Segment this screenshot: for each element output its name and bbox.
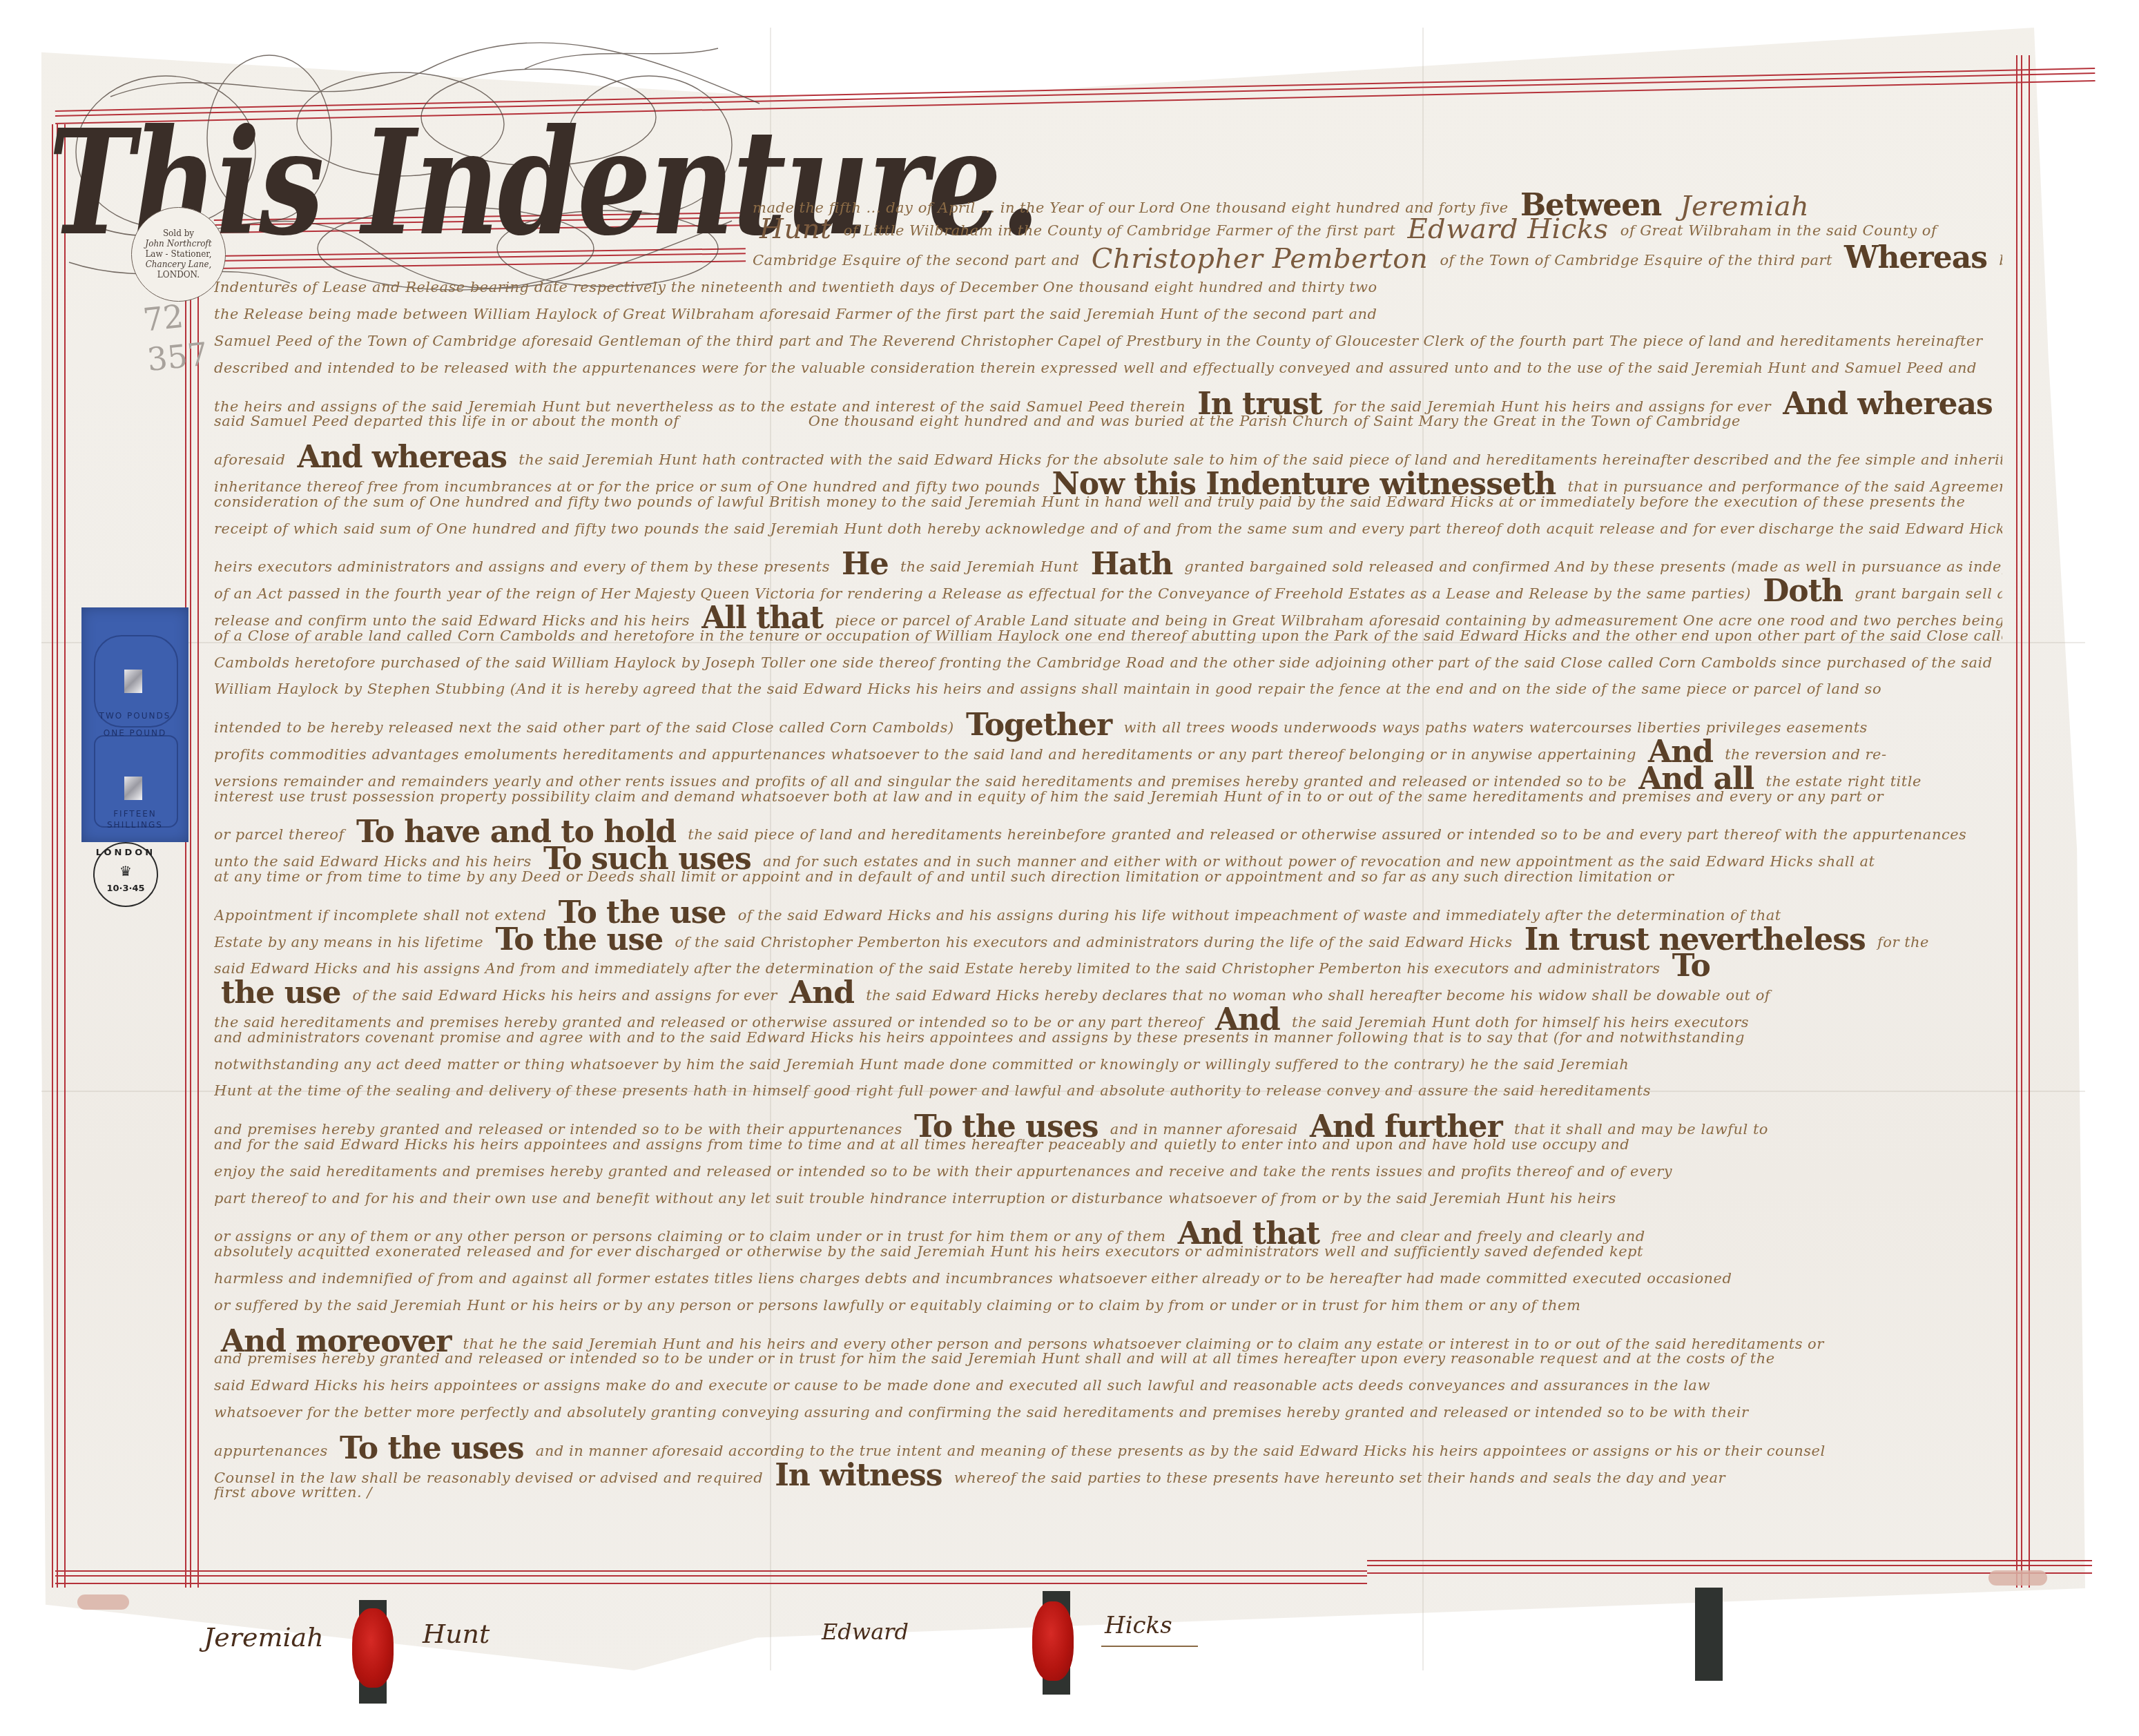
indenture-line: first above written. /	[214, 1484, 2002, 1501]
engrossed-heading: Whereas	[1844, 240, 1987, 275]
parchment-tab	[77, 1594, 129, 1610]
clause-text: and was buried at the Parish Church of S…	[1067, 413, 1741, 429]
stamp-value: FIFTEEN	[81, 809, 188, 819]
indenture-line: Cambolds heretofore purchased of the sai…	[214, 654, 2002, 671]
stationer-label: Sold by John Northcroft Law - Stationer,…	[131, 207, 226, 302]
stamp-value: TWO POUNDS	[81, 711, 188, 721]
clause-text: absolutely acquitted exonerated released…	[214, 1243, 1643, 1260]
clause-text: the estate right title	[1766, 773, 1922, 790]
indenture-line: Samuel Peed of the Town of Cambridge afo…	[214, 333, 2002, 349]
clause-text: enjoy the said hereditaments and premise…	[214, 1163, 1672, 1180]
clause-text: piece or parcel of Arable Land situate a…	[835, 612, 2002, 629]
clause-text: the heirs and assigns of the said Jeremi…	[214, 398, 1185, 415]
clause-text: of a Close of arable land called Corn Ca…	[214, 627, 2002, 644]
clause-text: inheritance thereof free from incumbranc…	[214, 478, 1040, 495]
clause-text: versions remainder and remainders yearly…	[214, 773, 1627, 790]
signature-given-name: Jeremiah	[204, 1622, 324, 1652]
clause-text: Hunt at the time of the sealing and deli…	[214, 1082, 1651, 1099]
indenture-line: harmless and indemnified of from and aga…	[214, 1270, 2002, 1287]
indenture-line: or suffered by the said Jeremiah Hunt or…	[214, 1297, 2002, 1314]
indenture-line: notwithstanding any act deed matter or t…	[214, 1056, 2002, 1073]
clause-text: and premises hereby granted and released…	[214, 1350, 1775, 1367]
clause-text: with all trees woods underwoods ways pat…	[1123, 719, 1867, 736]
clause-text: whatsoever for the better more perfectly…	[214, 1404, 1748, 1421]
clause-text: said Edward Hicks and his assigns And fr…	[214, 960, 1661, 977]
seal-ribbon-empty	[1695, 1588, 1723, 1681]
signature-family-name: Hicks	[1105, 1612, 1172, 1639]
clause-text: the reversion and re-	[1725, 746, 1886, 763]
indenture-line: and for the said Edward Hicks his heirs …	[214, 1136, 2002, 1153]
crown-icon: ♛	[95, 863, 157, 879]
stationer-line: LONDON.	[157, 270, 200, 280]
clause-text: of the said Edward Hicks and his assigns…	[738, 907, 1781, 924]
indenture-line: and administrators covenant promise and …	[214, 1029, 2002, 1046]
clause-text: or suffered by the said Jeremiah Hunt or…	[214, 1297, 1580, 1314]
clause-text: of Great Wilbraham in the said County of	[1620, 222, 1937, 239]
clause-text: whereof the said parties to these presen…	[954, 1470, 1725, 1486]
clause-text: for the	[1877, 934, 1929, 950]
clause-text: receipt of which said sum of One hundred…	[214, 520, 2002, 537]
indenture-line: enjoy the said hereditaments and premise…	[214, 1163, 2002, 1180]
indenture-line: said Edward Hicks his heirs appointees o…	[214, 1377, 2002, 1394]
wax-seal-icon	[352, 1608, 394, 1688]
indenture-line: of a Close of arable land called Corn Ca…	[214, 627, 2002, 644]
postmark-date: 10·3·45	[95, 884, 157, 894]
foil-seal-icon	[124, 670, 142, 693]
right-rule	[2016, 55, 2030, 1588]
clause-text: One thousand eight hundred and	[809, 413, 1062, 429]
indenture-line: receipt of which said sum of One hundred…	[214, 520, 2002, 537]
pencil-number: 357	[145, 333, 209, 380]
bottom-rule	[1367, 1560, 2092, 1574]
signature-given-name: Edward	[822, 1619, 909, 1645]
indenture-line: Indentures of Lease and Release bearing …	[214, 279, 2002, 295]
clause-text: the said Edward Hicks hereby declares th…	[866, 987, 1770, 1004]
clause-text: and administrators covenant promise and …	[214, 1029, 1745, 1046]
clause-text: consideration of the sum of One hundred …	[214, 494, 1966, 510]
clause-text: said Edward Hicks his heirs appointees o…	[214, 1377, 1710, 1394]
clause-text: Appointment if incomplete shall not exte…	[214, 907, 547, 924]
clause-text: of the Town of Cambridge Esquire of the …	[1440, 252, 1832, 269]
indenture-line: Cambridge Esquire of the second part and…	[753, 240, 2002, 275]
clause-text: the Release being made between William H…	[214, 306, 1377, 322]
clause-text: Samuel Peed of the Town of Cambridge afo…	[214, 333, 1983, 349]
clause-text: notwithstanding any act deed matter or t…	[214, 1056, 1629, 1073]
clause-text: for the said Jeremiah Hunt his heirs and…	[1334, 398, 1771, 415]
parchment-tab	[1988, 1570, 2047, 1586]
stationer-name: John Northcroft	[145, 239, 211, 249]
clause-text: granted bargained sold released and conf…	[1184, 558, 2002, 575]
clause-text: Indentures of Lease and Release bearing …	[214, 279, 1377, 295]
london-postmark: LONDON ♛ 10·3·45	[93, 842, 158, 907]
indenture-line: William Haylock by Stephen Stubbing (And…	[214, 681, 2002, 697]
clause-text: that in pursuance and performance of the…	[1567, 478, 2002, 495]
clause-text: intended to be hereby released next the …	[214, 719, 954, 736]
clause-text: of the said Christopher Pemberton his ex…	[675, 934, 1512, 950]
clause-text: the said Jeremiah Hunt	[900, 558, 1079, 575]
stamp-value: SHILLINGS	[81, 820, 188, 830]
indenture-line: whatsoever for the better more perfectly…	[214, 1404, 2002, 1421]
clause-text: and premises hereby granted and released…	[214, 1121, 902, 1138]
indenture-line: at any time or from time to time by any …	[214, 868, 2002, 885]
clause-text: interest use trust possession property p…	[214, 788, 1884, 805]
clause-text: Cambridge Esquire of the second part and	[753, 252, 1080, 269]
clause-text: said Samuel Peed departed this life in o…	[214, 413, 679, 429]
clause-text: part thereof to and for his and their ow…	[214, 1190, 1616, 1207]
bottom-rule	[55, 1570, 1367, 1584]
clause-text: and for such estates and in such manner …	[763, 853, 1875, 870]
clause-text: appurtenances	[214, 1443, 328, 1459]
clause-text: that he the said Jeremiah Hunt and his h…	[463, 1336, 1824, 1352]
clause-text: of Little Wilbraham in the County of Cam…	[844, 222, 1396, 239]
clause-text: free and clear and freely and clearly an…	[1331, 1228, 1645, 1245]
wax-seal-icon	[1032, 1601, 1074, 1681]
revenue-stamp: TWO POUNDS ONE POUND FIFTEEN SHILLINGS	[81, 607, 188, 842]
signature-underline	[1101, 1646, 1198, 1647]
clause-text: release and confirm unto the said Edward…	[214, 612, 690, 629]
clause-text: first above written. /	[214, 1484, 372, 1501]
postmark-city: LONDON	[95, 848, 157, 858]
clause-text: of an Act passed in the fourth year of t…	[214, 585, 1751, 602]
left-inner-rule	[185, 255, 199, 1588]
stationer-line: Law - Stationer,	[145, 249, 211, 260]
clause-text: the said Jeremiah Hunt doth for himself …	[1292, 1014, 1749, 1031]
indenture-line: described and intended to be released wi…	[214, 360, 2002, 376]
clause-text: grant bargain sell and	[1855, 585, 2002, 602]
clause-text: the said piece of land and hereditaments…	[688, 826, 1966, 843]
indenture-line: part thereof to and for his and their ow…	[214, 1190, 2002, 1207]
signature-family-name: Hunt	[423, 1619, 490, 1649]
clause-text: William Haylock by Stephen Stubbing (And…	[214, 681, 1881, 697]
clause-text: and in manner aforesaid	[1110, 1121, 1298, 1138]
stationer-line: Sold by	[163, 228, 194, 239]
clause-text: profits commodities advantages emolument…	[214, 746, 1636, 763]
clause-text: Cambolds heretofore purchased of the sai…	[214, 654, 1993, 671]
clause-text: that it shall and may be lawful to	[1514, 1121, 1768, 1138]
clause-text: or parcel thereof	[214, 826, 345, 843]
indenture-line: absolutely acquitted exonerated released…	[214, 1243, 2002, 1260]
indenture-line: and premises hereby granted and released…	[214, 1350, 2002, 1367]
party-name: Christopher Pemberton	[1092, 243, 1428, 275]
clause-text: by	[1999, 252, 2002, 269]
indenture-line: interest use trust possession property p…	[214, 788, 2002, 805]
clause-text: Estate by any means in his lifetime	[214, 934, 483, 950]
clause-text: harmless and indemnified of from and aga…	[214, 1270, 1732, 1287]
stationer-line: Chancery Lane,	[146, 260, 212, 270]
clause-text: of the said Edward Hicks his heirs and a…	[353, 987, 777, 1004]
indenture-line: said Samuel Peed departed this life in o…	[214, 413, 2002, 429]
clause-text: and in manner aforesaid according to the…	[536, 1443, 1826, 1459]
clause-text: Counsel in the law shall be reasonably d…	[214, 1470, 763, 1486]
clause-text: and for the said Edward Hicks his heirs …	[214, 1136, 1629, 1153]
clause-text: the said hereditaments and premises here…	[214, 1014, 1203, 1031]
foil-seal-icon	[124, 777, 142, 800]
clause-text: at any time or from time to time by any …	[214, 868, 1674, 885]
clause-text: described and intended to be released wi…	[214, 360, 1977, 376]
clause-text: unto the said Edward Hicks and his heirs	[214, 853, 532, 870]
pencil-annotation: 72 357	[141, 294, 209, 380]
clause-text: the said Jeremiah Hunt hath contracted w…	[519, 451, 2002, 468]
clause-text: heirs executors administrators and assig…	[214, 558, 830, 575]
indenture-line: the Release being made between William H…	[214, 306, 2002, 322]
clause-text: or assigns or any of them or any other p…	[214, 1228, 1165, 1245]
indenture-line: Hunt at the time of the sealing and deli…	[214, 1082, 2002, 1099]
clause-text: aforesaid	[214, 451, 285, 468]
left-outer-rule	[52, 124, 66, 1588]
indenture-line: consideration of the sum of One hundred …	[214, 494, 2002, 510]
pencil-number: 72	[141, 294, 205, 340]
